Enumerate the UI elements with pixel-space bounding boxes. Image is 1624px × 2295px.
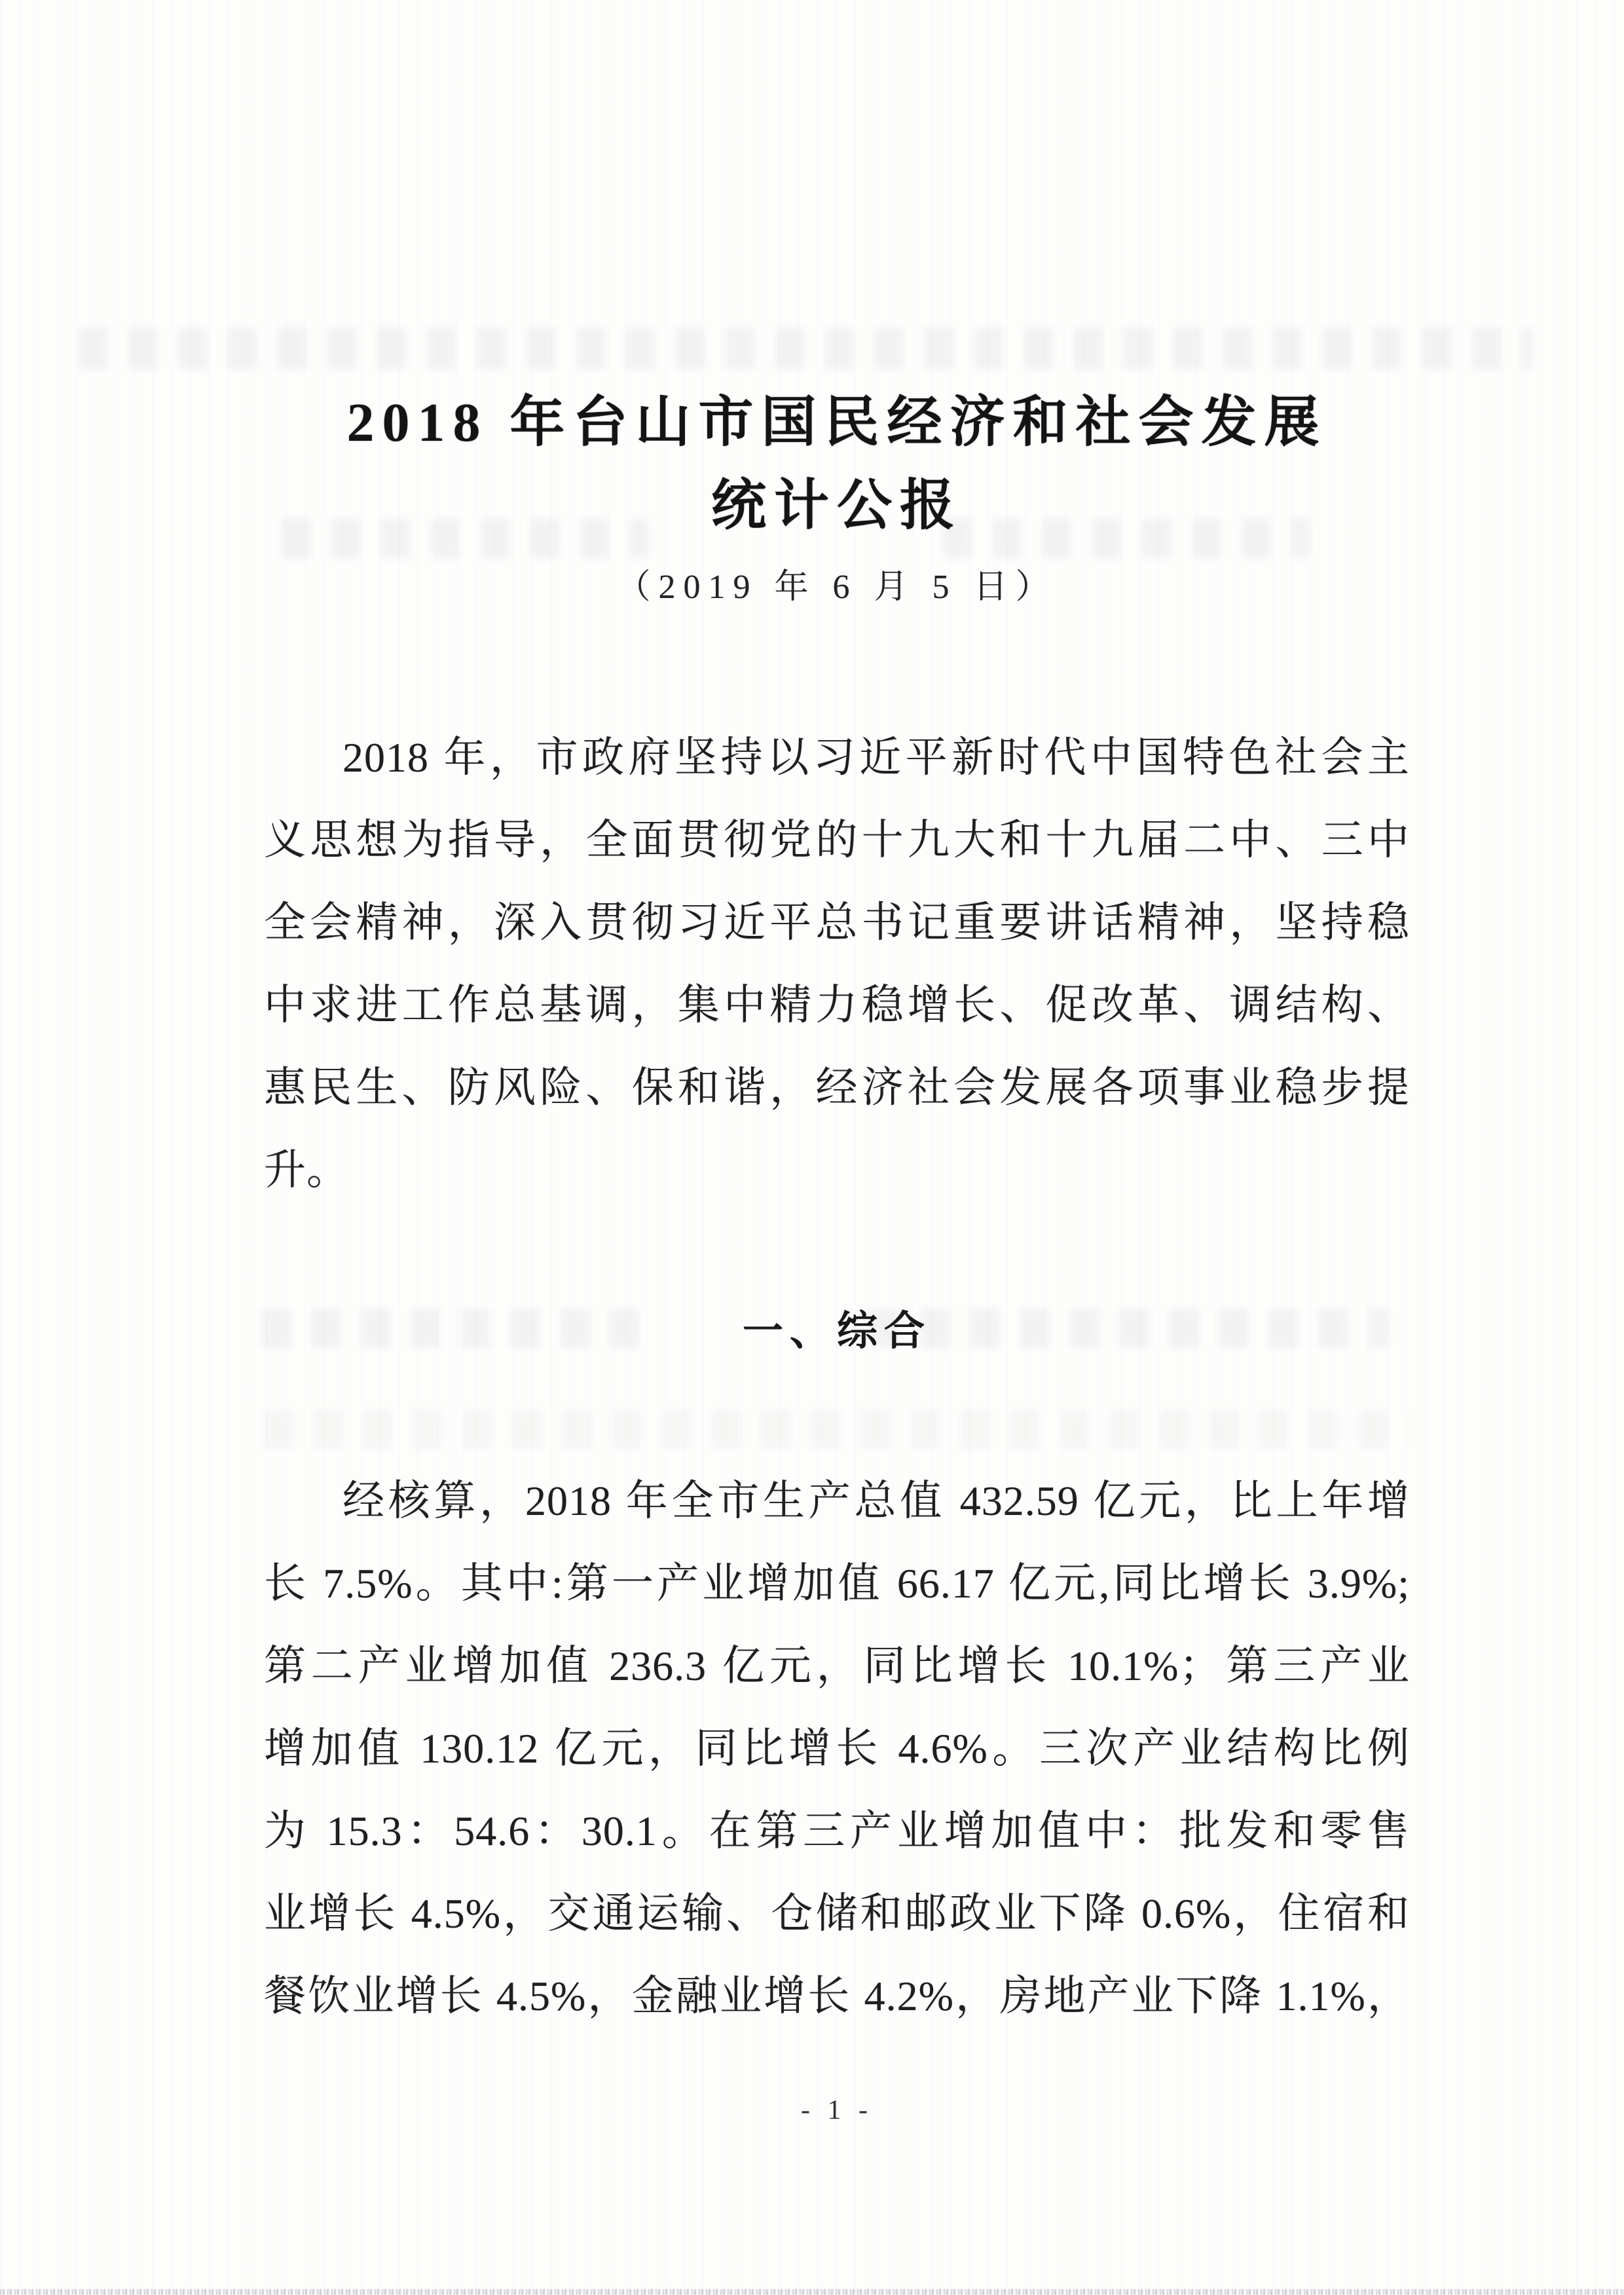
- text-line: 全会精神，深入贯彻习近平总书记重要讲话精神，坚持稳: [264, 882, 1410, 964]
- text-line: 义思想为指导，全面贯彻党的十九大和十九届二中、三中: [264, 799, 1410, 882]
- document-title: 2018 年台山市国民经济和社会发展 统计公报: [264, 381, 1410, 548]
- text-line: 第二产业增加值 236.3 亿元，同比增长 10.1%；第三产业: [264, 1625, 1410, 1707]
- text-line: 惠民生、防风险、保和谐，经济社会发展各项事业稳步提: [264, 1047, 1410, 1129]
- section-heading-1: 一、综合: [264, 1290, 1410, 1373]
- text-line: 中求进工作总基调，集中精力稳增长、促改革、调结构、: [264, 964, 1410, 1047]
- scan-artifact-ghost-row: [79, 327, 1532, 369]
- text-line: 为 15.3：54.6：30.1。在第三产业增加值中：批发和零售: [264, 1790, 1410, 1873]
- text-line: 2018 年，市政府坚持以习近平新时代中国特色社会主: [264, 717, 1410, 799]
- scan-bottom-edge-artifact: [0, 2289, 1624, 2295]
- document-title-line1: 2018 年台山市国民经济和社会发展: [264, 381, 1410, 464]
- page-number: - 1 -: [264, 2091, 1410, 2130]
- text-line: 业增长 4.5%，交通运输、仓储和邮政业下降 0.6%，住宿和: [264, 1873, 1410, 1955]
- document-date: （2019 年 6 月 5 日）: [264, 565, 1410, 610]
- text-line: 餐饮业增长 4.5%，金融业增长 4.2%，房地产业下降 1.1%，: [264, 1955, 1410, 2038]
- document-title-line2: 统计公报: [264, 464, 1410, 548]
- text-line: 升。: [264, 1129, 1410, 1212]
- paragraph-intro: 2018 年，市政府坚持以习近平新时代中国特色社会主义思想为指导，全面贯彻党的十…: [264, 717, 1410, 1212]
- text-line: 增加值 130.12 亿元，同比增长 4.6%。三次产业结构比例: [264, 1707, 1410, 1790]
- text-line: 经核算，2018 年全市生产总值 432.59 亿元，比上年增: [264, 1460, 1410, 1542]
- paragraph-gdp-overview: 经核算，2018 年全市生产总值 432.59 亿元，比上年增长 7.5%。其中…: [264, 1460, 1410, 2038]
- scan-artifact-ghost-row: [264, 1409, 1410, 1449]
- text-line: 长 7.5%。其中:第一产业增加值 66.17 亿元,同比增长 3.9%;: [264, 1542, 1410, 1625]
- scanned-document-page: 2018 年台山市国民经济和社会发展 统计公报 （2019 年 6 月 5 日）…: [0, 0, 1624, 2295]
